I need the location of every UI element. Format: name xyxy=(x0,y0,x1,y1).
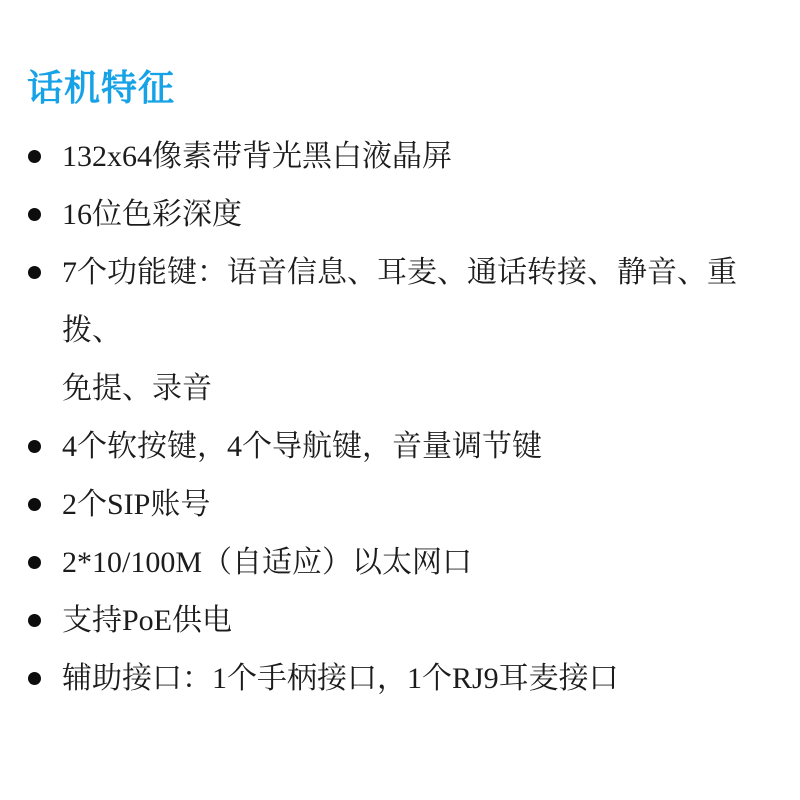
feature-text: 4个软按键，4个导航键，音量调节键 xyxy=(62,418,542,476)
bullet-icon xyxy=(28,614,41,627)
bullet-icon xyxy=(28,266,41,279)
list-item: 132x64像素带背光黑白液晶屏 xyxy=(28,128,790,186)
feature-text: 132x64像素带背光黑白液晶屏 xyxy=(62,128,452,186)
bullet-icon xyxy=(28,556,41,569)
list-item: 7个功能键：语音信息、耳麦、通话转接、静音、重拨、 免提、录音 xyxy=(28,244,790,418)
feature-text: 支持PoE供电 xyxy=(62,592,232,650)
list-item: 16位色彩深度 xyxy=(28,186,790,244)
feature-text: 辅助接口：1个手柄接口，1个RJ9耳麦接口 xyxy=(62,650,619,708)
bullet-icon xyxy=(28,150,41,163)
list-item: 4个软按键，4个导航键，音量调节键 xyxy=(28,418,790,476)
list-item: 支持PoE供电 xyxy=(28,592,790,650)
feature-list: 132x64像素带背光黑白液晶屏 16位色彩深度 7个功能键：语音信息、耳麦、通… xyxy=(28,128,790,708)
bullet-icon xyxy=(28,672,41,685)
feature-text: 2*10/100M（自适应）以太网口 xyxy=(62,534,472,592)
bullet-icon xyxy=(28,498,41,511)
bullet-icon xyxy=(28,208,41,221)
list-item: 辅助接口：1个手柄接口，1个RJ9耳麦接口 xyxy=(28,650,790,708)
page: 话机特征 132x64像素带背光黑白液晶屏 16位色彩深度 7个功能键：语音信息… xyxy=(0,0,800,800)
list-item: 2个SIP账号 xyxy=(28,476,790,534)
feature-text: 2个SIP账号 xyxy=(62,476,210,534)
list-item: 2*10/100M（自适应）以太网口 xyxy=(28,534,790,592)
page-title: 话机特征 xyxy=(27,68,175,108)
feature-text: 7个功能键：语音信息、耳麦、通话转接、静音、重拨、 免提、录音 xyxy=(62,244,790,418)
bullet-icon xyxy=(28,440,41,453)
feature-text: 16位色彩深度 xyxy=(62,186,242,244)
